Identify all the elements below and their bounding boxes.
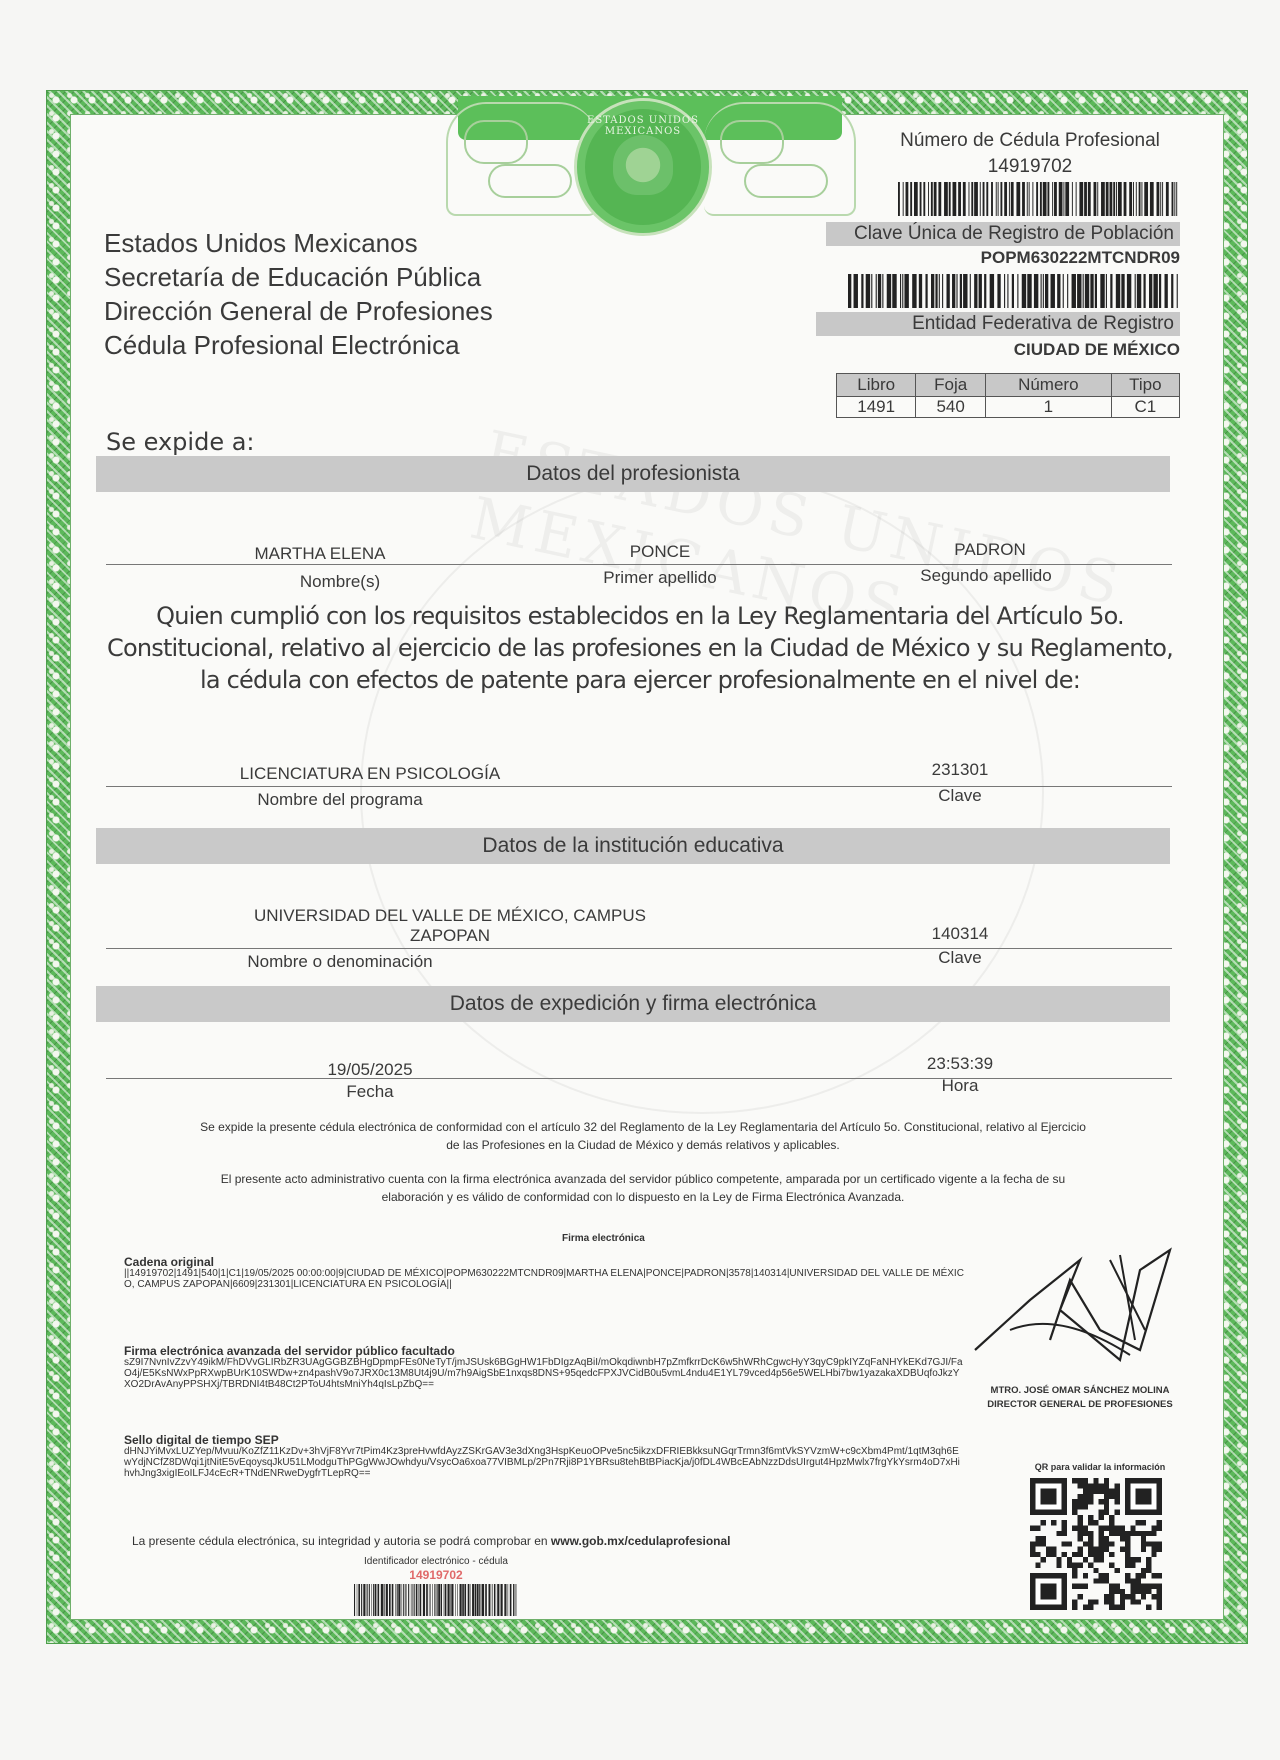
identificador-value: 14919702 <box>346 1568 526 1582</box>
institucion-name-line2: ZAPOPAN <box>200 926 700 946</box>
registro-tipo: C1 <box>1111 397 1179 418</box>
registro-numero: 1 <box>985 397 1111 418</box>
sello-sep-title: Sello digital de tiempo SEP <box>124 1434 964 1446</box>
seal-text: ESTADOS UNIDOS MEXICANOS <box>577 115 709 137</box>
firma-servidor: Firma electrónica avanzada del servidor … <box>124 1345 964 1390</box>
qr-code-icon[interactable] <box>1030 1478 1162 1610</box>
signature-icon <box>970 1240 1190 1380</box>
cedula-number-label: Número de Cédula Profesional <box>880 130 1180 152</box>
legal-line: Se expide la presente cédula electrónica… <box>118 1118 1168 1136</box>
nombres-label: Nombre(s) <box>220 572 460 592</box>
legal-line: El presente acto administrativo cuenta c… <box>118 1170 1168 1188</box>
registro-table: Libro Foja Número Tipo 1491 540 1 C1 <box>836 373 1180 418</box>
curp-label: Clave Única de Registro de Población <box>826 222 1180 246</box>
field-underline <box>106 564 1172 565</box>
firma-servidor-title: Firma electrónica avanzada del servidor … <box>124 1345 964 1357</box>
institucion-label: Nombre o denominación <box>200 952 480 972</box>
statement-line: Quien cumplió con los requisitos estable… <box>90 600 1190 632</box>
registro-header-libro: Libro <box>837 374 916 397</box>
heading-line: Cédula Profesional Electrónica <box>104 328 493 362</box>
sello-sep: Sello digital de tiempo SEP dHNJYiMvxLUZ… <box>124 1434 964 1479</box>
statement-line: Constitucional, relativo al ejercicio de… <box>90 632 1190 664</box>
heading-line: Estados Unidos Mexicanos <box>104 226 493 260</box>
entidad-value: CIUDAD DE MÉXICO <box>816 340 1180 360</box>
firma-servidor-value: sZ9I7NvnIvZzvY49ikM/FhDVvGLIRbZR3UAgGGBZ… <box>124 1357 963 1390</box>
segundo-apellido-value: PADRON <box>870 540 1110 560</box>
legal-line: elaboración y es válido de conformidad c… <box>118 1188 1168 1206</box>
hora-value: 23:53:39 <box>880 1054 1040 1074</box>
signer-title: DIRECTOR GENERAL DE PROFESIONES <box>960 1398 1200 1412</box>
section-institucion: Datos de la institución educativa <box>96 828 1170 864</box>
verify-text: La presente cédula electrónica, su integ… <box>132 1534 731 1548</box>
cedula-barcode <box>898 182 1180 216</box>
segundo-apellido-label: Segundo apellido <box>866 566 1106 586</box>
cadena-original-value: ||14919702|1491|540|1|C1|19/05/2025 00:0… <box>124 1268 964 1290</box>
legal-statement: Quien cumplió con los requisitos estable… <box>90 600 1190 696</box>
eagle-icon <box>613 135 673 195</box>
cadena-original-title: Cadena original <box>124 1256 964 1268</box>
primer-apellido-label: Primer apellido <box>540 568 780 588</box>
verify-url-link[interactable]: www.gob.mx/cedulaprofesional <box>551 1534 731 1548</box>
registro-header-foja: Foja <box>916 374 986 397</box>
programa-clave-value: 231301 <box>880 760 1040 780</box>
signer-block: MTRO. JOSÉ OMAR SÁNCHEZ MOLINA DIRECTOR … <box>960 1384 1200 1412</box>
legal-line: de las Profesiones en la Ciudad de Méxic… <box>118 1136 1168 1154</box>
registro-libro: 1491 <box>837 397 916 418</box>
institucion-clave-label: Clave <box>880 948 1040 968</box>
heading-line: Dirección General de Profesiones <box>104 294 493 328</box>
section-expedicion: Datos de expedición y firma electrónica <box>96 986 1170 1022</box>
institucion-name-line1: UNIVERSIDAD DEL VALLE DE MÉXICO, CAMPUS <box>200 906 700 926</box>
statement-line: la cédula con efectos de patente para ej… <box>90 664 1190 696</box>
crest-wing-right <box>704 102 856 216</box>
national-seal-icon: ESTADOS UNIDOS MEXICANOS <box>574 98 712 236</box>
signer-name: MTRO. JOSÉ OMAR SÁNCHEZ MOLINA <box>960 1384 1200 1398</box>
hora-label: Hora <box>880 1076 1040 1096</box>
section-profesionista: Datos del profesionista <box>96 456 1170 492</box>
legal-paragraph-1: Se expide la presente cédula electrónica… <box>118 1118 1168 1154</box>
registro-header-numero: Número <box>985 374 1111 397</box>
legal-paragraph-2: El presente acto administrativo cuenta c… <box>118 1170 1168 1206</box>
registro-header-tipo: Tipo <box>1111 374 1179 397</box>
curp-value: POPM630222MTCNDR09 <box>816 248 1180 268</box>
heading-line: Secretaría de Educación Pública <box>104 260 493 294</box>
verify-text-body: La presente cédula electrónica, su integ… <box>132 1534 551 1548</box>
firma-electronica-title: Firma electrónica <box>562 1233 645 1244</box>
institucion-clave-value: 140314 <box>880 924 1040 944</box>
institucion-value: UNIVERSIDAD DEL VALLE DE MÉXICO, CAMPUS … <box>200 906 700 946</box>
qr-label: QR para validar la información <box>1010 1462 1190 1472</box>
curp-barcode <box>848 274 1180 308</box>
sello-sep-value: dHNJYiMvxLUZYep/Mvuu/KoZfZ11KzDv+3hVjF8Y… <box>124 1446 960 1479</box>
identificador-barcode <box>354 1584 518 1616</box>
programa-label: Nombre del programa <box>200 790 480 810</box>
identificador-label: Identificador electrónico - cédula <box>346 1556 526 1567</box>
cedula-number: 14919702 <box>880 156 1180 178</box>
nombres-value: MARTHA ELENA <box>200 544 440 564</box>
primer-apellido-value: PONCE <box>540 542 780 562</box>
se-expide-label: Se expide a: <box>106 428 255 456</box>
issuer-heading: Estados Unidos Mexicanos Secretaría de E… <box>104 226 493 362</box>
programa-clave-label: Clave <box>880 786 1040 806</box>
cadena-original: Cadena original ||14919702|1491|540|1|C1… <box>124 1256 964 1290</box>
programa-value: LICENCIATURA EN PSICOLOGÍA <box>200 764 540 784</box>
registro-foja: 540 <box>916 397 986 418</box>
fecha-label: Fecha <box>280 1082 460 1102</box>
fecha-value: 19/05/2025 <box>280 1060 460 1080</box>
entidad-label: Entidad Federativa de Registro <box>816 312 1180 336</box>
